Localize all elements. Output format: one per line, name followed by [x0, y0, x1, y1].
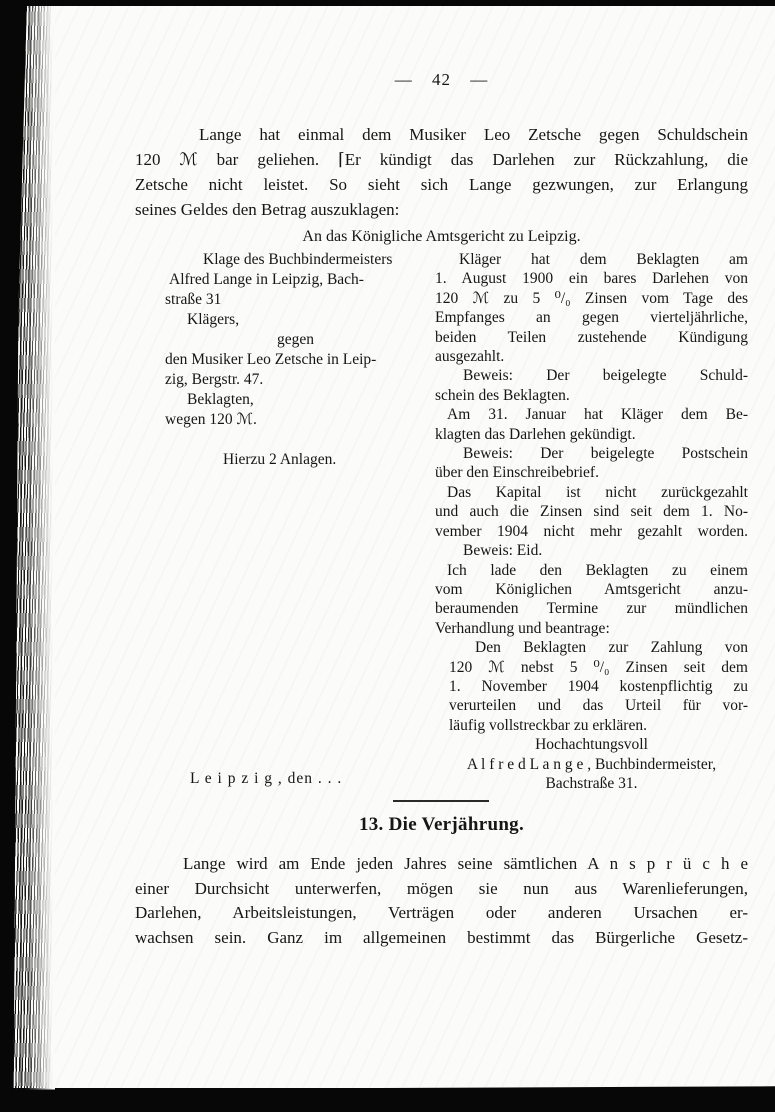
- text-line: Klage des Buchbindermeisters: [165, 250, 423, 270]
- text-line: Das Kapital ist nicht zurückgezahlt: [435, 483, 748, 502]
- text-line: wachsen sein. Ganz im allgemeinen bestim…: [135, 926, 748, 951]
- section-heading: 13. Die Verjährung.: [135, 814, 748, 836]
- text-line: verurteilen und das Urteil für vor-: [449, 696, 748, 715]
- text-line: zig, Bergstr. 47.: [165, 370, 423, 390]
- text-line: schein des Beklagten.: [435, 386, 748, 405]
- claim-statement-column: Kläger hat dem Beklagten am 1. August 19…: [435, 250, 748, 796]
- book-page: — 42 — Lange hat einmal dem Musiker Leo …: [12, 6, 775, 1088]
- text-line: seines Geldes den Betrag auszuklagen:: [135, 197, 748, 222]
- scan-bottom-edge: [0, 1086, 775, 1112]
- text-line: Lange wird am Ende jeden Jahres seine sä…: [135, 852, 748, 877]
- text-line: 120 ℳ nebst 5 ⁰/₀ Zinsen seit dem: [449, 658, 748, 677]
- text-line: Verhandlung und beantrage:: [435, 619, 748, 638]
- text-line: 120 ℳ zu 5 ⁰/₀ Zinsen vom Tage des: [435, 289, 748, 308]
- text-line: beiden Teilen zustehende Kündigung: [435, 328, 748, 347]
- signature-address: Bachstraße 31.: [435, 774, 748, 793]
- text-line: ausgezahlt.: [435, 347, 748, 366]
- page-content: — 42 — Lange hat einmal dem Musiker Leo …: [135, 6, 748, 950]
- text-line: 120 ℳ bar geliehen. ⌈Er kündigt das Darl…: [135, 147, 748, 172]
- separator-rule: [393, 800, 489, 802]
- text-line: Alfred Lange in Leipzig, Bach-: [165, 270, 423, 290]
- signature-line: A l f r e d L a n g e , Buchbindermeiste…: [435, 755, 748, 774]
- text-line: Den Beklagten zur Zahlung von: [449, 638, 748, 657]
- text-line: Ich lade den Beklagten zu einem: [435, 561, 748, 580]
- text-line: den Musiker Leo Zetsche in Leip-: [165, 350, 423, 370]
- text-line: Beweis: Der beigelegte Postschein: [435, 444, 748, 463]
- text-line: Empfanges an gegen vierteljährliche,: [435, 308, 748, 327]
- text-line: 1. November 1904 kostenpflichtig zu: [449, 677, 748, 696]
- text-line: Beweis: Eid.: [435, 541, 748, 560]
- section-paragraph: Lange wird am Ende jeden Jahres seine sä…: [135, 852, 748, 950]
- text-line: gegen: [165, 330, 423, 350]
- text-line: über den Einschreibebrief.: [435, 463, 748, 482]
- text-line: Lange hat einmal dem Musiker Leo Zetsche…: [135, 122, 748, 147]
- text-line: 1. August 1900 ein bares Darlehen von: [435, 269, 748, 288]
- plaintiff-designation-column: Klage des Buchbindermeisters Alfred Lang…: [165, 250, 423, 796]
- text-line: Beklagten,: [165, 390, 423, 410]
- closing-date: L e i p z i g , den . . .: [190, 770, 342, 788]
- text-line: Beweis: Der beigelegte Schuld-: [435, 366, 748, 385]
- text-line: straße 31: [165, 290, 423, 310]
- page-number: — 42 —: [135, 70, 748, 90]
- text-line: läufig vollstreckbar zu erklären.: [449, 716, 748, 735]
- text-line: vom Königlichen Amtsgericht anzu-: [435, 580, 748, 599]
- plaint-columns: Klage des Buchbindermeisters Alfred Lang…: [135, 250, 748, 796]
- text-line: Am 31. Januar hat Kläger dem Be-: [435, 405, 748, 424]
- attachments-note: Hierzu 2 Anlagen.: [165, 450, 423, 470]
- text-line: beraumenden Termine zur mündlichen: [435, 599, 748, 618]
- text-line: klagten das Darlehen gekündigt.: [435, 425, 748, 444]
- closing-salutation: Hochachtungsvoll: [435, 735, 748, 754]
- text-line: Zetsche nicht leistet. So sieht sich Lan…: [135, 172, 748, 197]
- text-line: einer Durchsicht unterwerfen, mögen sie …: [135, 877, 748, 902]
- text-line: wegen 120 ℳ.: [165, 410, 423, 430]
- text-line: und auch die Zinsen sind seit dem 1. No-: [435, 502, 748, 521]
- intro-paragraph: Lange hat einmal dem Musiker Leo Zetsche…: [135, 122, 748, 222]
- text-line: Darlehen, Arbeitsleistungen, Verträgen o…: [135, 901, 748, 926]
- text-line: vember 1904 nicht mehr gezahlt worden.: [435, 522, 748, 541]
- text-line: Klägers,: [165, 310, 423, 330]
- scan-top-edge: [0, 0, 775, 6]
- text-line: Kläger hat dem Beklagten am: [435, 250, 748, 269]
- court-address-line: An das Königliche Amtsgericht zu Leipzig…: [135, 228, 748, 246]
